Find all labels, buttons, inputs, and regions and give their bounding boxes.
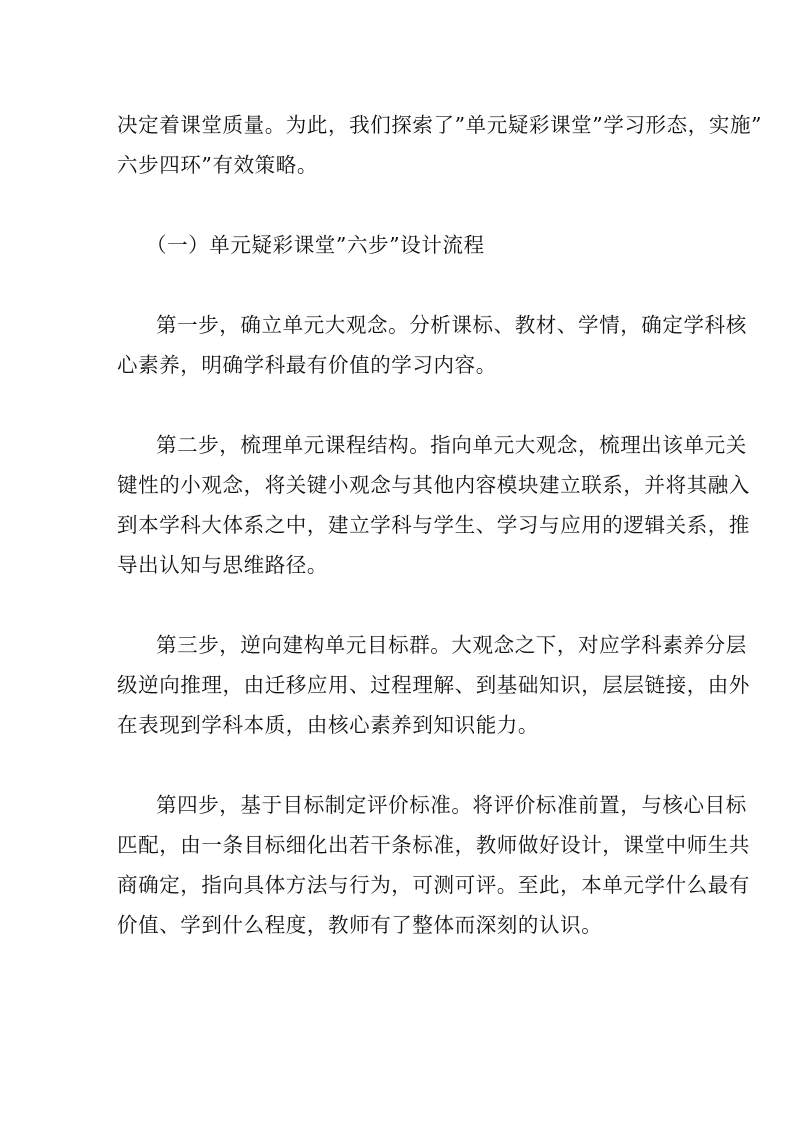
- heading-text: （一）单元疑彩课堂”六步”设计流程: [146, 233, 485, 257]
- text-line: 心素养，明确学科最有价值的学习内容。: [117, 353, 497, 377]
- text-line: 级逆向推理，由迁移应用、过程理解、到基础知识，层层链接，由外: [117, 673, 750, 697]
- text-line: 第二步，梳理单元课程结构。指向单元大观念，梳理出该单元关: [156, 433, 747, 457]
- text-line: 第三步，逆向建构单元目标群。大观念之下，对应学科素养分层: [156, 633, 747, 657]
- text-line: 匹配，由一条目标细化出若干条标准，教师做好设计，课堂中师生共: [117, 833, 750, 857]
- text-line: 第一步，确立单元大观念。分析课标、教材、学情，确定学科核: [156, 313, 747, 337]
- text-line: 到本学科大体系之中，建立学科与学生、学习与应用的逻辑关系，推: [117, 513, 750, 537]
- text-line: 第四步，基于目标制定评价标准。将评价标准前置，与核心目标: [156, 793, 747, 817]
- text-line: 价值、学到什么程度，教师有了整体而深刻的认识。: [117, 913, 602, 937]
- text-line: 六步四环”有效策略。: [117, 153, 318, 177]
- text-line: 键性的小观念，将关键小观念与其他内容模块建立联系，并将其融入: [117, 473, 750, 497]
- text-line: 导出认知与思维路径。: [117, 553, 328, 577]
- text-line: 决定着课堂质量。为此，我们探索了”单元疑彩课堂”学习形态，实施”: [117, 113, 762, 137]
- text-line: 商确定，指向具体方法与行为，可测可评。至此，本单元学什么最有: [117, 873, 750, 897]
- text-line: 在表现到学科本质，由核心素养到知识能力。: [117, 713, 539, 737]
